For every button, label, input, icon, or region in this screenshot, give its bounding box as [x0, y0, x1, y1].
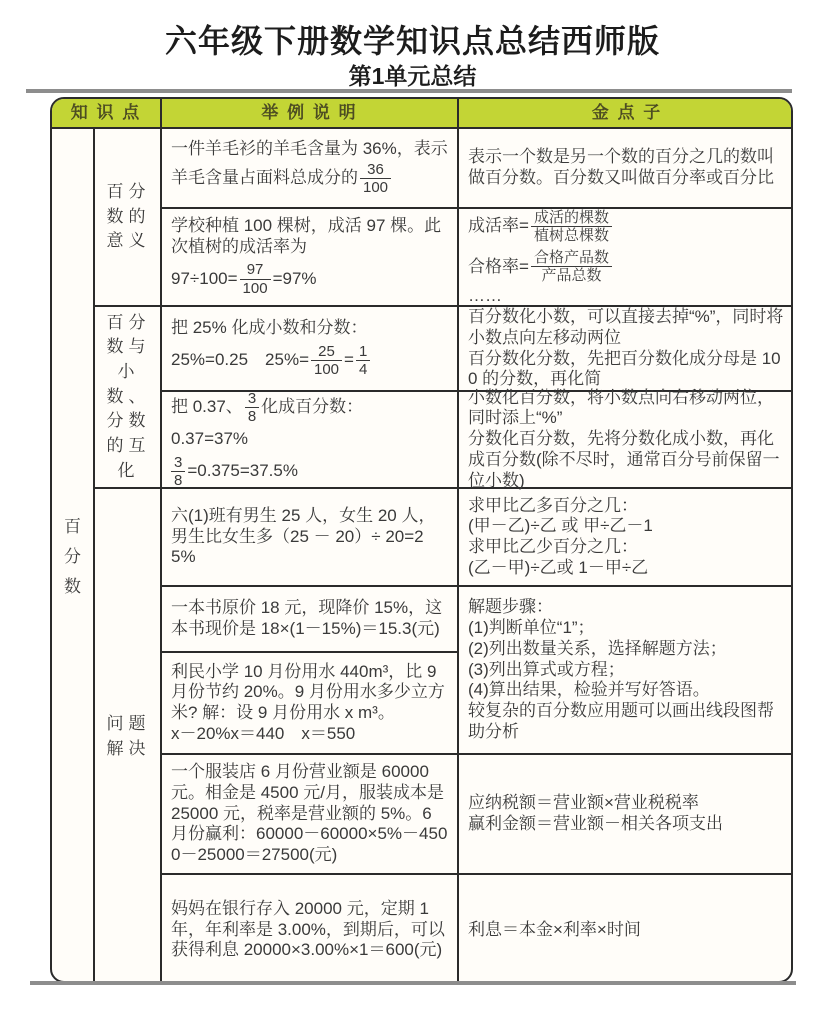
- tip-decimal-to-percent-text: 小数化百分数，将小数点向右移动两位，同时添上“%” 分数化百分数，先将分数化成小…: [468, 388, 786, 492]
- knowledge-point-cell: 百分数: [52, 129, 95, 983]
- tip-steps-text: 解题步骤： (1)判断单位“1”； (2)列出数量关系，选择解题方法； (3)列…: [468, 597, 786, 742]
- fraction: 38: [171, 454, 185, 490]
- header-tips-label: 金 点 子: [592, 103, 662, 124]
- fraction-numerator: 1: [356, 343, 370, 361]
- category-conversion-cell: 百分数与小数、分数的互化: [95, 307, 162, 489]
- tip-rate-formulas-cell: 成活率=成活的棵数植树总棵数 合格率=合格产品数产品总数 ……: [459, 209, 793, 307]
- page-title: 六年级下册数学知识点总结西师版: [0, 16, 825, 62]
- fraction-denominator: 100: [311, 361, 342, 378]
- bottom-divider: [30, 981, 796, 985]
- example-to-percent-cell: 把 0.37、38 化成百分数： 0.37=37% 38=0.375=37.5%: [162, 392, 459, 489]
- example-book-cell: 一本书原价 18 元，现降价 15%，这本书现价是 18×(1－15%)＝15.…: [162, 587, 459, 653]
- example-sweater-cell: 一件羊毛衫的羊毛含量为 36%，表示羊毛含量占面料总成分的36100: [162, 129, 459, 209]
- fraction: 97100: [240, 261, 271, 297]
- example-class-text: 六(1)班有男生 25 人，女生 20 人，男生比女生多（25 － 20）÷ 2…: [171, 506, 448, 568]
- example-to-decimal-formula: 25%=0.25 25%=25100=14: [171, 342, 448, 380]
- formula-text: 25%=0.25 25%=: [171, 350, 309, 371]
- fraction-numerator: 成活的棵数: [531, 209, 612, 227]
- fraction: 成活的棵数植树总棵数: [531, 209, 612, 245]
- example-shop-cell: 一个服装店 6 月份营业额是 60000 元。相金是 4500 元/月，服装成本…: [162, 755, 459, 875]
- tip-tax-text: 应纳税额＝营业额×营业税税率 赢利金额＝营业额－相关各项支出: [468, 793, 786, 834]
- example-sweater-text: 一件羊毛衫的羊毛含量为 36%，表示羊毛含量占面料总成分的: [171, 139, 448, 187]
- tip-interest-text: 利息＝本金×利率×时间: [468, 920, 786, 941]
- fraction-numerator: 25: [311, 343, 342, 361]
- example-shop-text: 一个服装店 6 月份营业额是 60000 元。相金是 4500 元/月，服装成本…: [171, 762, 448, 866]
- header-example: 举 例 说 明: [162, 99, 459, 129]
- page-subtitle: 第1单元总结: [0, 58, 825, 91]
- example-to-percent-line2: 0.37=37%: [171, 429, 448, 450]
- formula-text: 97÷100=: [171, 269, 238, 290]
- tip-compare-text: 求甲比乙多百分之几： (甲－乙)÷乙 或 甲÷乙－1 求甲比乙少百分之几： (乙…: [468, 496, 786, 579]
- formula-text: 成活率=: [468, 216, 529, 237]
- tip-rate1-formula: 成活率=成活的棵数植树总棵数: [468, 208, 786, 246]
- formula-text: =: [344, 350, 354, 371]
- category-problem-cell: 问题解决: [95, 489, 162, 983]
- tip-definition-text: 表示一个数是另一个数的百分之几的数叫做百分数。百分数又叫做百分率或百分比: [468, 147, 786, 188]
- example-to-decimal-cell: 把 25% 化成小数和分数： 25%=0.25 25%=25100=14: [162, 307, 459, 392]
- fraction-numerator: 36: [360, 161, 391, 179]
- example-class-cell: 六(1)班有男生 25 人，女生 20 人，男生比女生多（25 － 20）÷ 2…: [162, 489, 459, 587]
- example-tree-cell: 学校种植 100 棵树，成活 97 棵。此次植树的成活率为 97÷100=971…: [162, 209, 459, 307]
- example-tree-formula: 97÷100=97100=97%: [171, 260, 448, 298]
- fraction-denominator: 4: [356, 361, 370, 378]
- example-book-text: 一本书原价 18 元，现降价 15%，这本书现价是 18×(1－15%)＝15.…: [171, 598, 448, 639]
- tip-rate2-formula: 合格率=合格产品数产品总数: [468, 248, 786, 286]
- fraction: 合格产品数产品总数: [531, 249, 612, 285]
- top-divider: [26, 89, 792, 93]
- formula-text: 合格率=: [468, 257, 529, 278]
- header-knowledge-point: 知 识 点: [52, 99, 162, 129]
- fraction-numerator: 合格产品数: [531, 249, 612, 267]
- tip-rate-ellipsis: ……: [468, 286, 786, 307]
- example-bank-text: 妈妈在银行存入 20000 元，定期 1 年，年利率是 3.00%，到期后，可以…: [171, 899, 448, 961]
- header-tips: 金 点 子: [459, 99, 793, 129]
- fraction-denominator: 100: [240, 280, 271, 297]
- document-page: 六年级下册数学知识点总结西师版 第1单元总结 知 识 点 举 例 说 明 金 点…: [0, 0, 825, 1016]
- category-meaning-cell: 百分数的意义: [95, 129, 162, 307]
- tip-tax-cell: 应纳税额＝营业额×营业税税率 赢利金额＝营业额－相关各项支出: [459, 755, 793, 875]
- knowledge-point-label: 百分数: [56, 512, 89, 601]
- category-conversion-label: 百分数与小数、分数的互化: [105, 311, 152, 483]
- header-knowledge-label: 知 识 点: [71, 103, 141, 124]
- tip-definition-cell: 表示一个数是另一个数的百分之几的数叫做百分数。百分数又叫做百分率或百分比: [459, 129, 793, 209]
- tip-percent-to-decimal-text: 百分数化小数，可以直接去掉“%”，同时将小数点向左移动两位 百分数化分数，先把百…: [468, 307, 786, 390]
- tip-interest-cell: 利息＝本金×利率×时间: [459, 875, 793, 983]
- header-example-label: 举 例 说 明: [261, 103, 357, 124]
- fraction: 25100: [311, 343, 342, 379]
- example-water-cell: 利民小学 10 月份用水 440m³，比 9 月份节约 20%。9 月份用水多少…: [162, 653, 459, 755]
- fraction-denominator: 产品总数: [531, 267, 612, 284]
- fraction-denominator: 植树总棵数: [531, 227, 612, 244]
- fraction-denominator: 100: [360, 179, 391, 196]
- formula-text: =0.375=37.5%: [187, 461, 298, 482]
- tip-decimal-to-percent-cell: 小数化百分数，将小数点向右移动两位，同时添上“%” 分数化百分数，先将分数化成小…: [459, 392, 793, 489]
- example-to-percent-title: 把 0.37、38 化成百分数：: [171, 389, 448, 427]
- example-water-text: 利民小学 10 月份用水 440m³，比 9 月份节约 20%。9 月份用水多少…: [171, 662, 448, 745]
- example-to-decimal-title: 把 25% 化成小数和分数：: [171, 318, 448, 339]
- tip-percent-to-decimal-cell: 百分数化小数，可以直接去掉“%”，同时将小数点向左移动两位 百分数化分数，先把百…: [459, 307, 793, 392]
- formula-text: 把 0.37、: [171, 397, 243, 418]
- category-meaning-label: 百分数的意义: [105, 180, 152, 254]
- formula-text: 化成百分数：: [261, 397, 363, 418]
- example-bank-cell: 妈妈在银行存入 20000 元，定期 1 年，年利率是 3.00%，到期后，可以…: [162, 875, 459, 983]
- fraction: 14: [356, 343, 370, 379]
- fraction-numerator: 97: [240, 261, 271, 279]
- fraction-denominator: 8: [171, 472, 185, 489]
- tip-steps-cell: 解题步骤： (1)判断单位“1”； (2)列出数量关系，选择解题方法； (3)列…: [459, 587, 793, 755]
- formula-text: =97%: [273, 269, 317, 290]
- fraction-numerator: 3: [245, 390, 259, 408]
- tip-compare-cell: 求甲比乙多百分之几： (甲－乙)÷乙 或 甲÷乙－1 求甲比乙少百分之几： (乙…: [459, 489, 793, 587]
- example-to-percent-line3: 38=0.375=37.5%: [171, 453, 448, 491]
- fraction: 38: [245, 390, 259, 426]
- fraction: 36100: [360, 161, 391, 197]
- example-tree-text: 学校种植 100 棵树，成活 97 棵。此次植树的成活率为: [171, 216, 448, 257]
- fraction-numerator: 3: [171, 454, 185, 472]
- fraction-denominator: 8: [245, 408, 259, 425]
- category-problem-label: 问题解决: [105, 712, 152, 761]
- knowledge-table: 知 识 点 举 例 说 明 金 点 子 百分数 百分数的意义 百分数与小数、分数…: [50, 97, 793, 983]
